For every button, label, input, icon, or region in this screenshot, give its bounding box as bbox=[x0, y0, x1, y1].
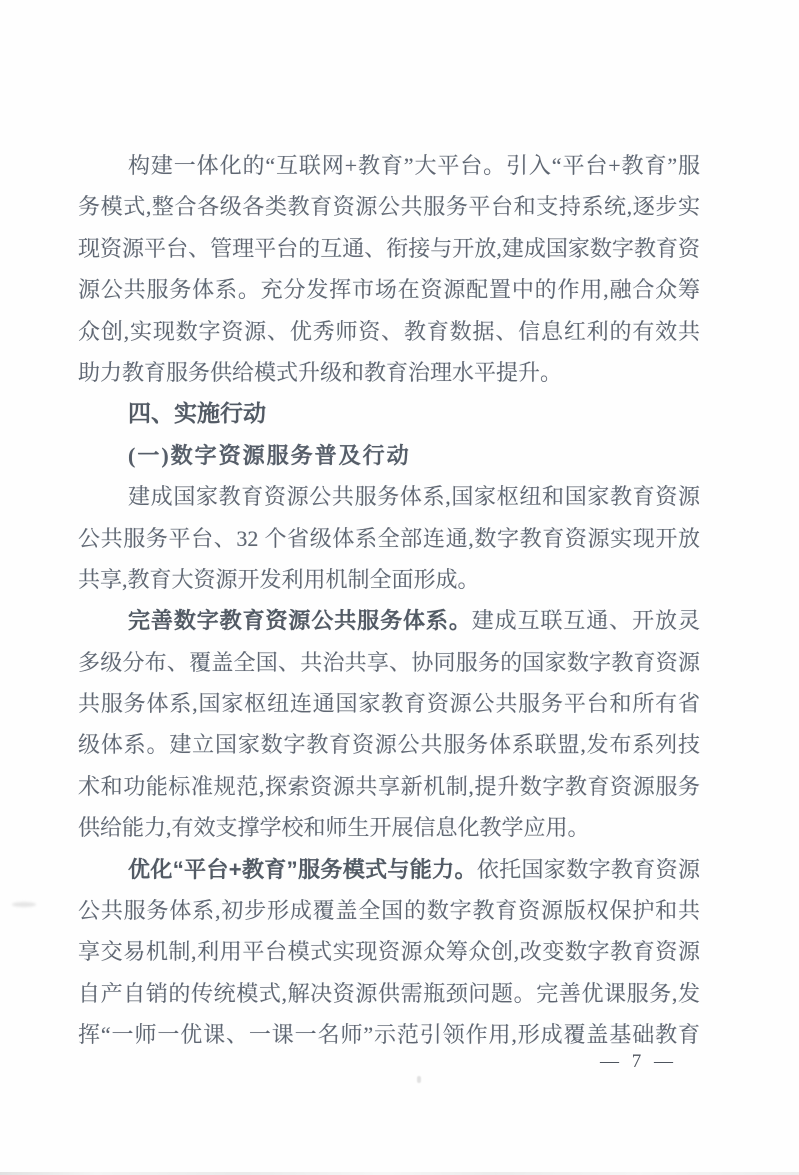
text-line: 源公共服务体系。充分发挥市场在资源配置中的作用,融合众筹 bbox=[78, 269, 700, 310]
text-line: 现资源平台、管理平台的互通、衔接与开放,建成国家数字教育资 bbox=[78, 228, 700, 269]
bold-lead: 完善数字教育资源公共服务体系。 bbox=[128, 608, 472, 633]
document-body: 构建一体化的“互联网+教育”大平台。引入“平台+教育”服 务模式,整合各级各类教… bbox=[78, 145, 700, 1056]
bold-lead: 优化“平台+教育”服务模式与能力。 bbox=[128, 857, 477, 882]
scanned-document-page: 构建一体化的“互联网+教育”大平台。引入“平台+教育”服 务模式,整合各级各类教… bbox=[0, 0, 799, 1175]
text-line: 完善数字教育资源公共服务体系。建成互联互通、开放灵活、 bbox=[78, 600, 700, 641]
text-line: 众创,实现数字资源、优秀师资、教育数据、信息红利的有效共享, bbox=[78, 311, 700, 352]
text-line: 构建一体化的“互联网+教育”大平台。引入“平台+教育”服 bbox=[78, 145, 700, 186]
text-line: 术和功能标准规范,探索资源共享新机制,提升数字教育资源服务 bbox=[78, 766, 700, 807]
text-line: 助力教育服务供给模式升级和教育治理水平提升。 bbox=[78, 352, 700, 393]
section-heading: 四、实施行动 bbox=[78, 393, 700, 434]
scan-artifact bbox=[12, 902, 36, 907]
text-line: 多级分布、覆盖全国、共治共享、协同服务的国家数字教育资源公 bbox=[78, 642, 700, 683]
page-number: — 7 — bbox=[600, 1050, 677, 1074]
text-line: 优化“平台+教育”服务模式与能力。依托国家数字教育资源 bbox=[78, 849, 700, 890]
text-line: 公共服务体系,初步形成覆盖全国的数字教育资源版权保护和共 bbox=[78, 890, 700, 931]
text-segment: 依托国家数字教育资源 bbox=[477, 857, 700, 882]
text-line: 务模式,整合各级各类教育资源公共服务平台和支持系统,逐步实 bbox=[78, 186, 700, 227]
text-line: 建成国家教育资源公共服务体系,国家枢纽和国家教育资源 bbox=[78, 476, 700, 517]
text-line: 公共服务平台、32 个省级体系全部连通,数字教育资源实现开放 bbox=[78, 518, 700, 559]
text-line: 共服务体系,国家枢纽连通国家教育资源公共服务平台和所有省 bbox=[78, 683, 700, 724]
text-line: 共享,教育大资源开发利用机制全面形成。 bbox=[78, 559, 700, 600]
text-line: 级体系。建立国家数字教育资源公共服务体系联盟,发布系列技 bbox=[78, 724, 700, 765]
subsection-heading: (一)数字资源服务普及行动 bbox=[78, 435, 700, 476]
scan-artifact bbox=[417, 1076, 421, 1083]
text-line: 自产自销的传统模式,解决资源供需瓶颈问题。完善优课服务,发 bbox=[78, 973, 700, 1014]
text-line: 享交易机制,利用平台模式实现资源众筹众创,改变数字教育资源 bbox=[78, 931, 700, 972]
text-line: 供给能力,有效支撑学校和师生开展信息化教学应用。 bbox=[78, 807, 700, 848]
